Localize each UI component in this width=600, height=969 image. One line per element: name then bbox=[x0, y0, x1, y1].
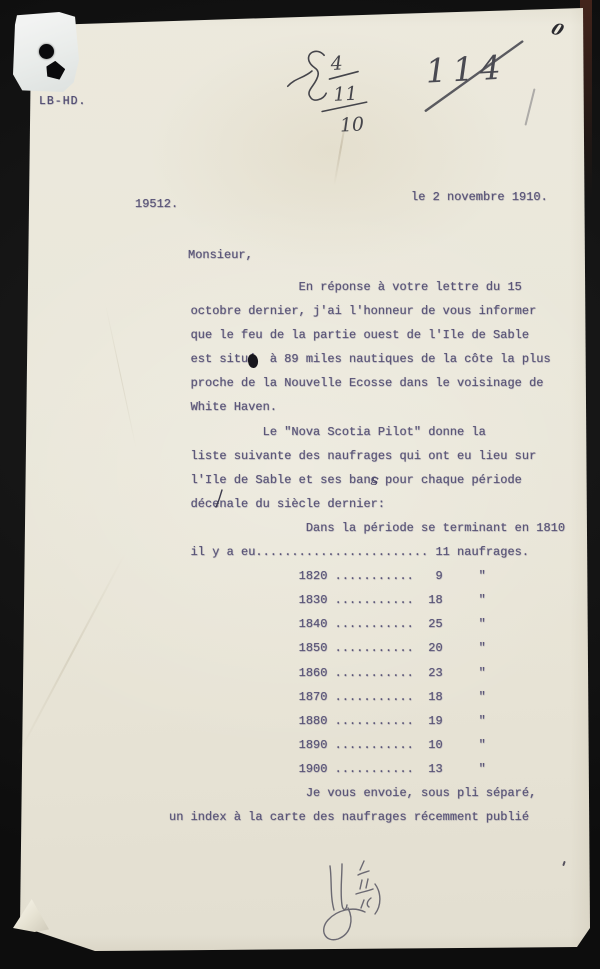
scanned-letter-page: LB-HD. 19512. le 2 novembre 1910. Monsie… bbox=[0, 0, 600, 969]
number-114-text: 114 bbox=[425, 47, 508, 90]
letter-body: En réponse à votre lettre du 15 octobre … bbox=[133, 275, 565, 829]
fraction-denominator: 10 bbox=[339, 113, 364, 136]
handwritten-number-114: 114 bbox=[420, 33, 534, 119]
fraction-middle: 11 bbox=[333, 83, 358, 106]
date-line: le 2 novembre 1910. bbox=[411, 190, 548, 204]
pencil-initials-monogram bbox=[308, 858, 403, 953]
punch-hole-round bbox=[39, 44, 54, 59]
salutation: Monsieur, bbox=[188, 248, 253, 262]
file-number: 19512. bbox=[135, 197, 178, 211]
insertion-caret-mark bbox=[213, 489, 227, 509]
office-stamp-code: LB-HD. bbox=[39, 95, 86, 109]
fraction-numerator: 4 bbox=[329, 52, 343, 75]
handwritten-date-mark: 4 11 10 bbox=[283, 38, 378, 143]
